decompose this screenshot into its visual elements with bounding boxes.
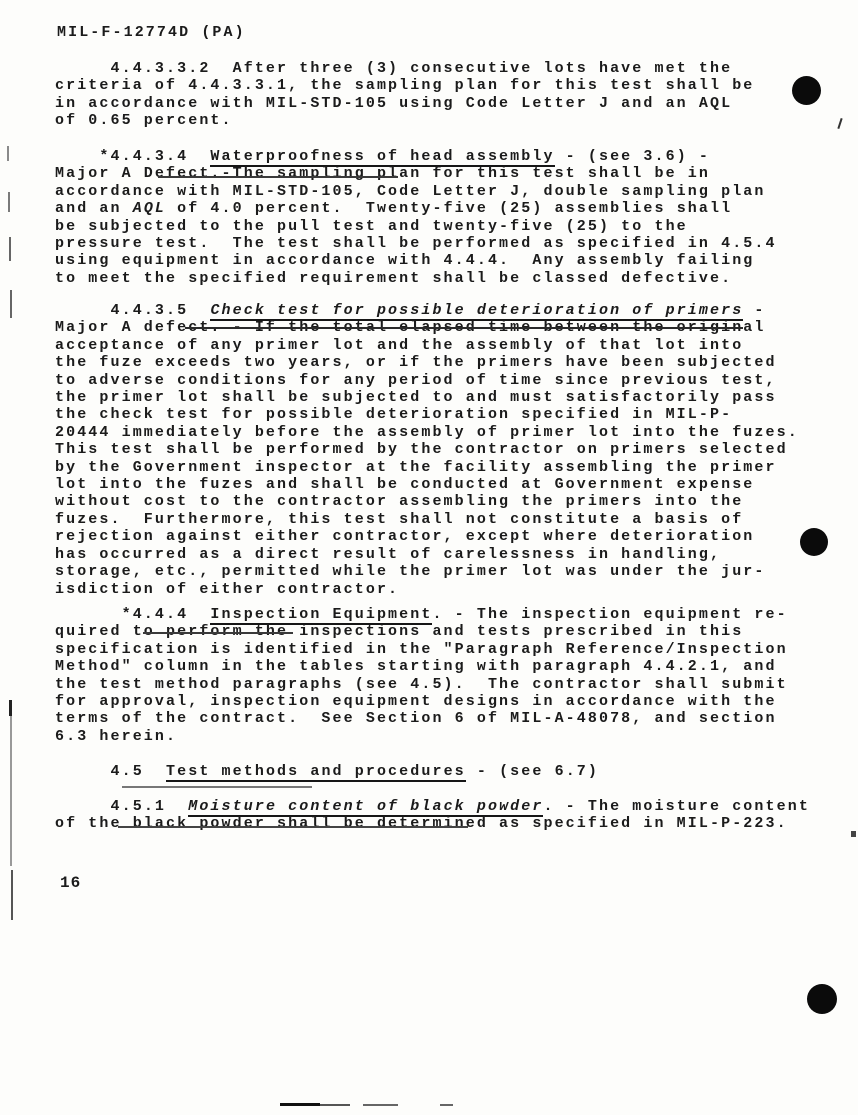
punch-hole-dot-bottom (807, 984, 837, 1014)
left-margin-mark (7, 146, 9, 161)
document-id-header: MIL-F-12774D (PA) (57, 24, 246, 41)
paragraph-text: - (see 6.7) (466, 763, 599, 780)
paragraph-4.4.3.5: 4.4.3.5 Check test for possible deterior… (55, 302, 825, 598)
left-margin-line (11, 870, 13, 920)
section-heading: Inspection Equipment (210, 606, 432, 625)
paragraph-text: AQL (133, 200, 166, 217)
underline-artifact (122, 786, 312, 788)
paragraph-4.4.4: *4.4.4 Inspection Equipment. - The inspe… (55, 606, 825, 745)
section-heading: Waterproofness of head assembly (210, 148, 554, 167)
paragraph-text: 4.4.3.3.2 After three (3) consecutive lo… (55, 60, 754, 129)
paragraph-text: *4.4.4 (55, 606, 210, 623)
page-number: 16 (60, 874, 81, 892)
bottom-scan-mark (363, 1104, 398, 1106)
section-heading: Test methods and procedures (166, 763, 466, 782)
paragraph-text: . - The inspection equipment re- quired … (55, 606, 788, 745)
scan-speck-right-top (837, 118, 842, 129)
paragraph-text: 4.5 (55, 763, 166, 780)
punch-hole-dot-middle (800, 528, 828, 556)
scan-speck-right-lower (851, 831, 856, 837)
bottom-scan-mark (440, 1104, 453, 1106)
paragraph-4.5: 4.5 Test methods and procedures - (see 6… (55, 763, 825, 780)
paragraph-text: *4.4.3.4 (55, 148, 210, 165)
bottom-scan-mark (280, 1103, 320, 1106)
underline-artifact (185, 327, 743, 329)
scanned-document-page: MIL-F-12774D (PA) 4.4.3.3.2 After three … (0, 0, 858, 1115)
left-margin-line (10, 716, 12, 866)
bottom-scan-mark (320, 1104, 350, 1106)
left-margin-mark (9, 700, 12, 716)
paragraph-text: 4.5.1 (55, 798, 188, 815)
punch-hole-dot-top (792, 76, 821, 105)
left-margin-mark (8, 192, 10, 212)
left-margin-mark (9, 237, 11, 261)
left-margin-mark (10, 290, 12, 318)
paragraph-4.4.3.4: *4.4.3.4 Waterproofness of head assembly… (55, 148, 825, 287)
section-heading: Moisture content of black powder (188, 798, 543, 817)
section-heading: Check test for possible deterioration of… (210, 302, 743, 321)
paragraph-text: 4.4.3.5 (55, 302, 210, 319)
paragraph-4.4.3.3.2: 4.4.3.3.2 After three (3) consecutive lo… (55, 60, 825, 130)
underline-artifact (118, 826, 468, 828)
underline-artifact (143, 632, 293, 634)
underline-artifact (158, 176, 398, 178)
paragraph-text: - Major A defect. - If the total elapsed… (55, 302, 799, 598)
